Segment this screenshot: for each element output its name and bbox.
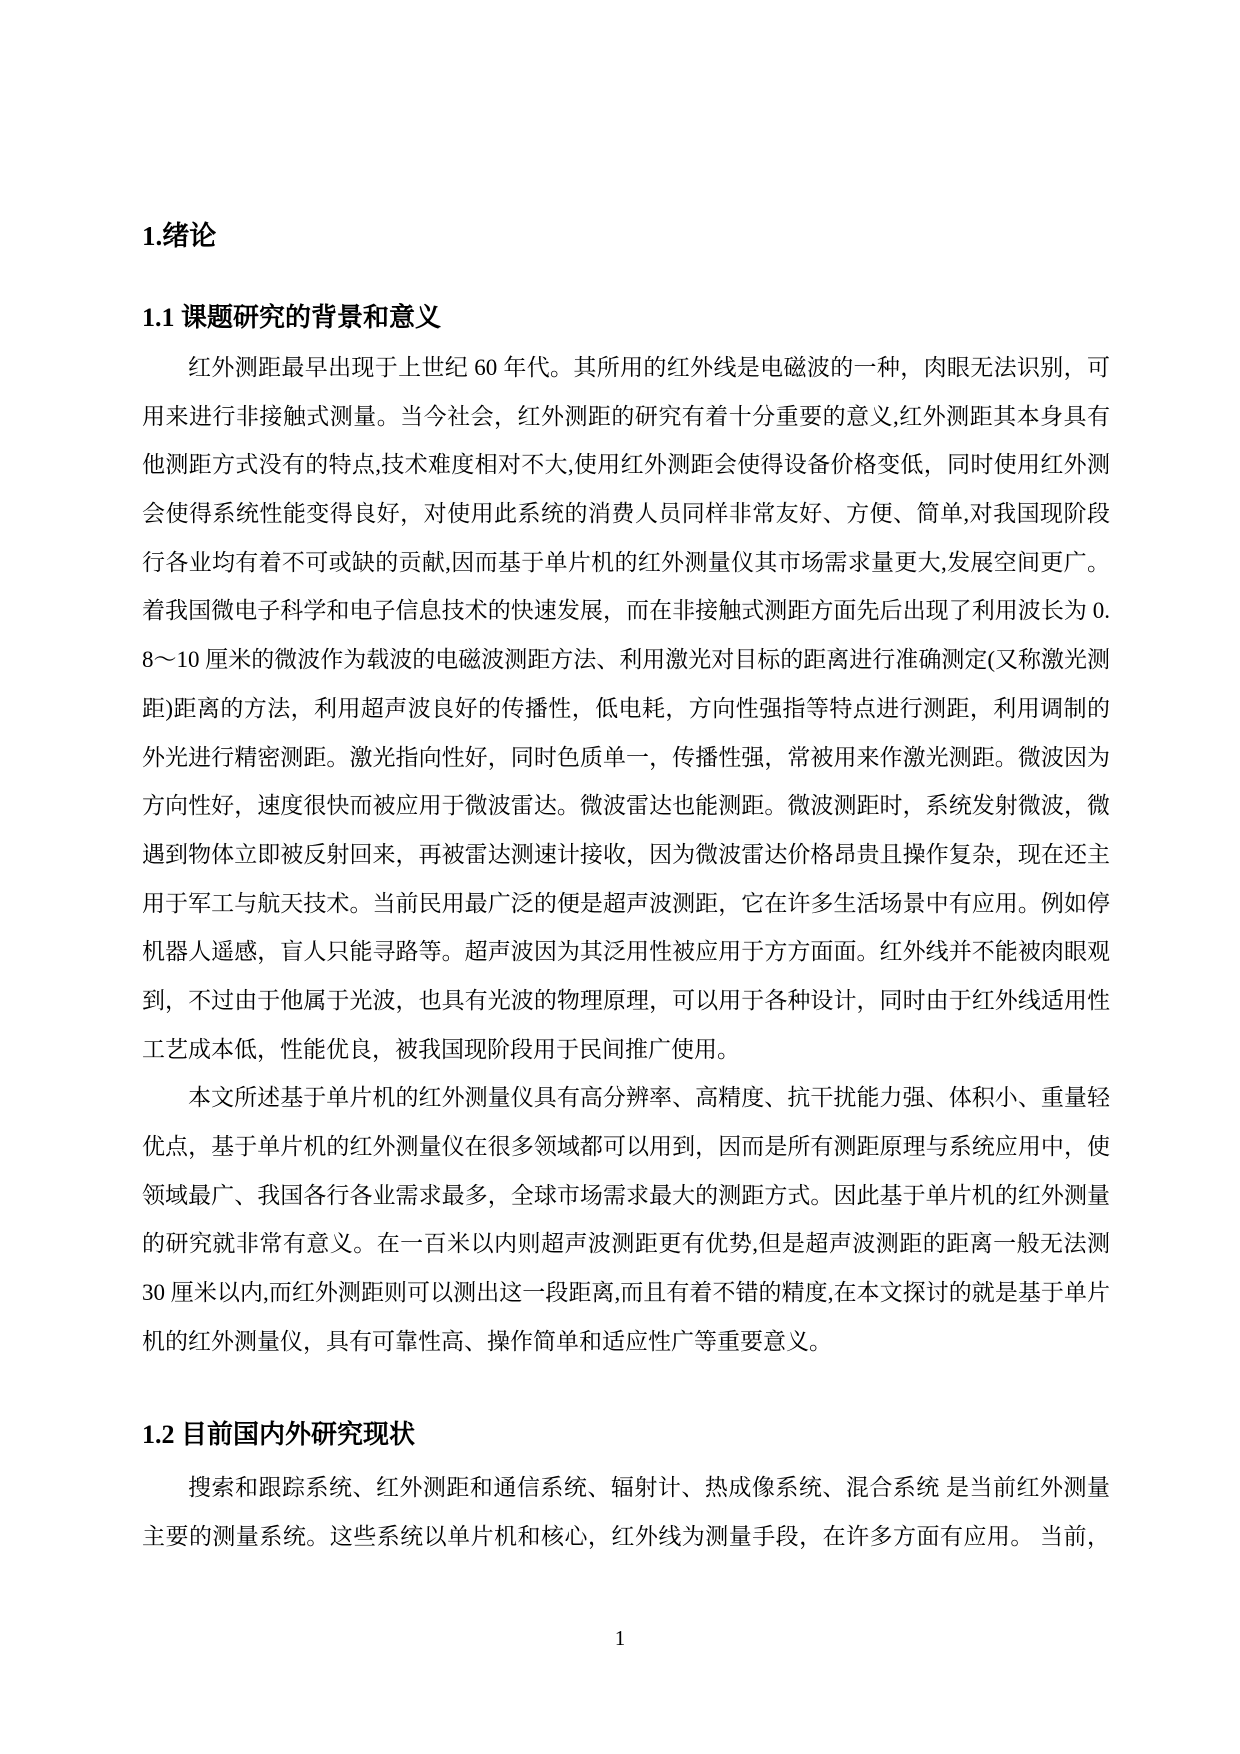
text-line: 8～10 厘米的微波作为载波的电磁波测距方法、利用激光对目标的距离进行准确测定(… xyxy=(142,636,1110,685)
section-1-body-text: 红外测距最早出现于上世纪 60 年代。其所用的红外线是电磁波的一种，肉眼无法识别… xyxy=(142,344,1110,1366)
text-line: 机的红外测量仪，具有可靠性高、操作简单和适应性广等重要意义。 xyxy=(142,1318,1110,1367)
section-2-body-text: 搜索和跟踪系统、红外测距和通信系统、辐射计、热成像系统、混合系统 是当前红外测量… xyxy=(142,1464,1110,1561)
chapter-title: 1.绪论 xyxy=(142,214,216,253)
text-line: 红外测距最早出现于上世纪 60 年代。其所用的红外线是电磁波的一种，肉眼无法识别… xyxy=(142,344,1110,393)
text-line: 他测距方式没有的特点,技术难度相对不大,使用红外测距会使得设备价格变低，同时使用… xyxy=(142,441,1110,490)
text-line: 搜索和跟踪系统、红外测距和通信系统、辐射计、热成像系统、混合系统 是当前红外测量… xyxy=(142,1464,1110,1513)
text-line: 行各业均有着不可或缺的贡献,因而基于单片机的红外测量仪其市场需求量更大,发展空间… xyxy=(142,539,1110,588)
text-line: 会使得系统性能变得良好，对使用此系统的消费人员同样非常友好、方便、简单,对我国现… xyxy=(142,490,1110,539)
text-line: 的研究就非常有意义。在一百米以内则超声波测距更有优势,但是超声波测距的距离一般无… xyxy=(142,1220,1110,1269)
text-line: 遇到物体立即被反射回来，再被雷达测速计接收，因为微波雷达价格昂贵且操作复杂，现在… xyxy=(142,831,1110,880)
text-line: 工艺成本低，性能优良，被我国现阶段用于民间推广使用。 xyxy=(142,1026,1110,1075)
text-line: 优点，基于单片机的红外测量仪在很多领域都可以用到，因而是所有测距原理与系统应用中… xyxy=(142,1123,1110,1172)
text-line: 着我国微电子科学和电子信息技术的快速发展，而在非接触式测距方面先后出现了利用波长… xyxy=(142,587,1110,636)
text-line: 主要的测量系统。这些系统以单片机和核心，红外线为测量手段，在许多方面有应用。 当… xyxy=(142,1513,1110,1562)
text-line: 方向性好，速度很快而被应用于微波雷达。微波雷达也能测距。微波测距时，系统发射微波… xyxy=(142,782,1110,831)
text-line: 领域最广、我国各行各业需求最多，全球市场需求最大的测距方式。因此基于单片机的红外… xyxy=(142,1172,1110,1221)
text-line: 30 厘米以内,而红外测距则可以测出这一段距离,而且有着不错的精度,在本文探讨的… xyxy=(142,1269,1110,1318)
text-line: 用于军工与航天技术。当前民用最广泛的便是超声波测距，它在许多生活场景中有应用。例… xyxy=(142,880,1110,929)
text-line: 用来进行非接触式测量。当今社会，红外测距的研究有着十分重要的意义,红外测距其本身… xyxy=(142,393,1110,442)
text-line: 本文所述基于单片机的红外测量仪具有高分辨率、高精度、抗干扰能力强、体积小、重量轻… xyxy=(142,1074,1110,1123)
section-heading-1-1: 1.1 课题研究的背景和意义 xyxy=(142,297,441,334)
text-line: 到，不过由于他属于光波，也具有光波的物理原理，可以用于各种设计，同时由于红外线适… xyxy=(142,977,1110,1026)
text-line: 距)距离的方法，利用超声波良好的传播性，低电耗，方向性强指等特点进行测距，利用调… xyxy=(142,685,1110,734)
section-heading-1-2: 1.2 目前国内外研究现状 xyxy=(142,1414,415,1451)
text-line: 机器人遥感，盲人只能寻路等。超声波因为其泛用性被应用于方方面面。红外线并不能被肉… xyxy=(142,928,1110,977)
text-line: 外光进行精密测距。激光指向性好，同时色质单一，传播性强，常被用来作激光测距。微波… xyxy=(142,734,1110,783)
page-number: 1 xyxy=(0,1626,1240,1651)
document-page: 1.绪论 1.1 课题研究的背景和意义 红外测距最早出现于上世纪 60 年代。其… xyxy=(0,0,1240,1754)
